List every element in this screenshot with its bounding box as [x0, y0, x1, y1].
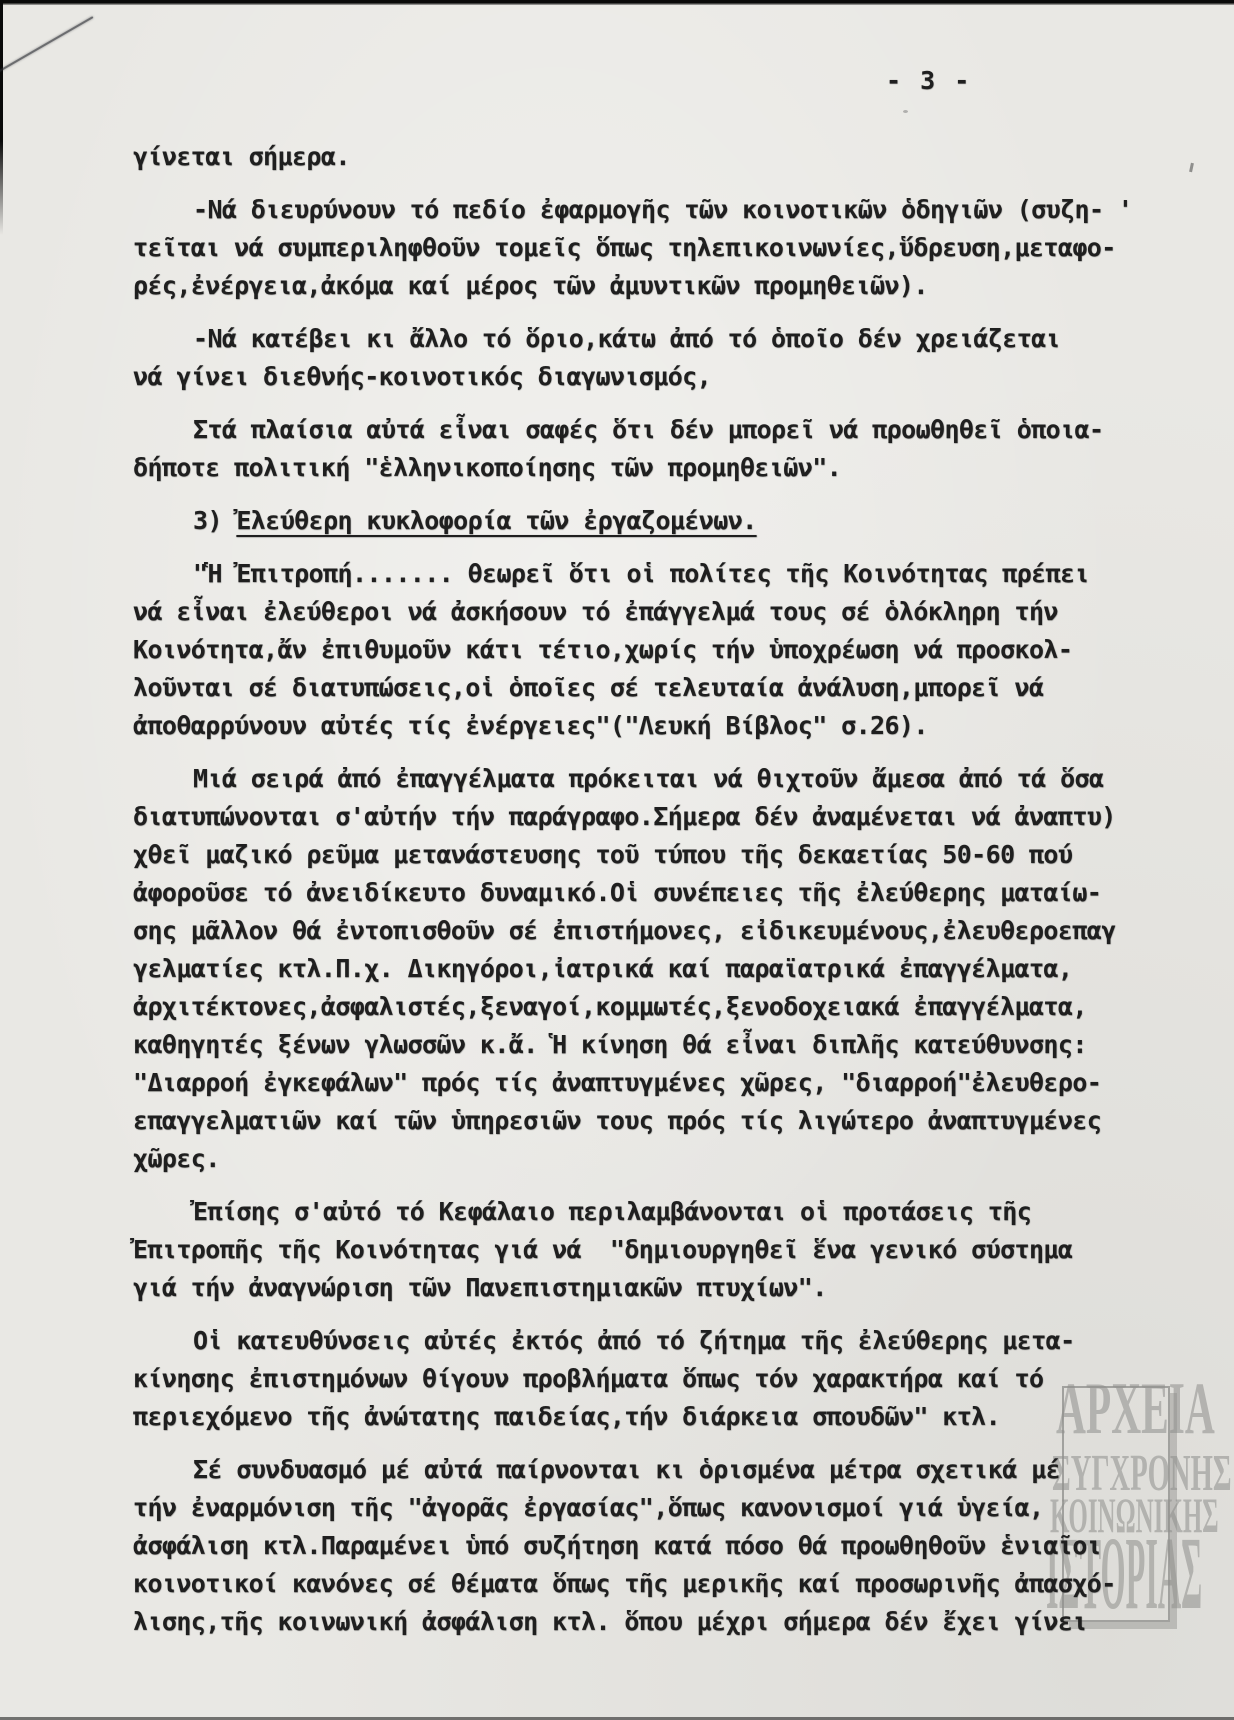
scan-edge-top — [0, 0, 1234, 5]
paragraph-committee-quote: "Ἡ Ἐπιτροπή....... θεωρεῖ ὅτι οἱ πολίτες… — [133, 555, 1218, 745]
paragraph-education-issues: Οἱ κατευθύνσεις αὐτές ἐκτός ἀπό τό ζήτημ… — [133, 1322, 1218, 1436]
paragraph-continuation: γίνεται σήμερα. — [133, 138, 1218, 176]
scan-edge-left — [0, 0, 3, 235]
section-heading: 3) Ἐλεύθερη κυκλοφορία τῶν ἐργαζομένων. — [133, 502, 1218, 540]
paragraph-directives-scope: -Νά διευρύνουν τό πεδίο ἐφαρμογῆς τῶν κο… — [133, 191, 1218, 305]
page-number: - 3 - — [886, 66, 971, 95]
scanned-document-page: { "colors": { "paper": "#e9e8e4", "ink":… — [0, 0, 1234, 1720]
paragraph-labour-market: Σέ συνδυασμό μέ αὐτά παίρνονται κι ὁρισμ… — [133, 1451, 1218, 1641]
paragraph-professions: Μιά σειρά ἀπό ἐπαγγέλματα πρόκειται νά θ… — [133, 760, 1218, 1178]
document-body: γίνεται σήμερα. -Νά διευρύνουν τό πεδίο … — [133, 138, 1218, 1641]
paragraph-diploma-recognition: Ἐπίσης σ'αὐτό τό Κεφάλαιο περιλαμβάνοντα… — [133, 1193, 1218, 1307]
ink-speck — [903, 110, 908, 113]
paragraph-threshold: -Νά κατέβει κι ἄλλο τό ὅριο,κάτω ἀπό τό … — [133, 320, 1218, 396]
scratch-artifact — [0, 16, 93, 74]
section-heading-number: 3) — [193, 506, 236, 535]
section-heading-title: Ἐλεύθερη κυκλοφορία τῶν ἐργαζομένων. — [236, 506, 756, 535]
paragraph-hellenization: Στά πλαίσια αὐτά εἶναι σαφές ὅτι δέν μπο… — [133, 411, 1218, 487]
